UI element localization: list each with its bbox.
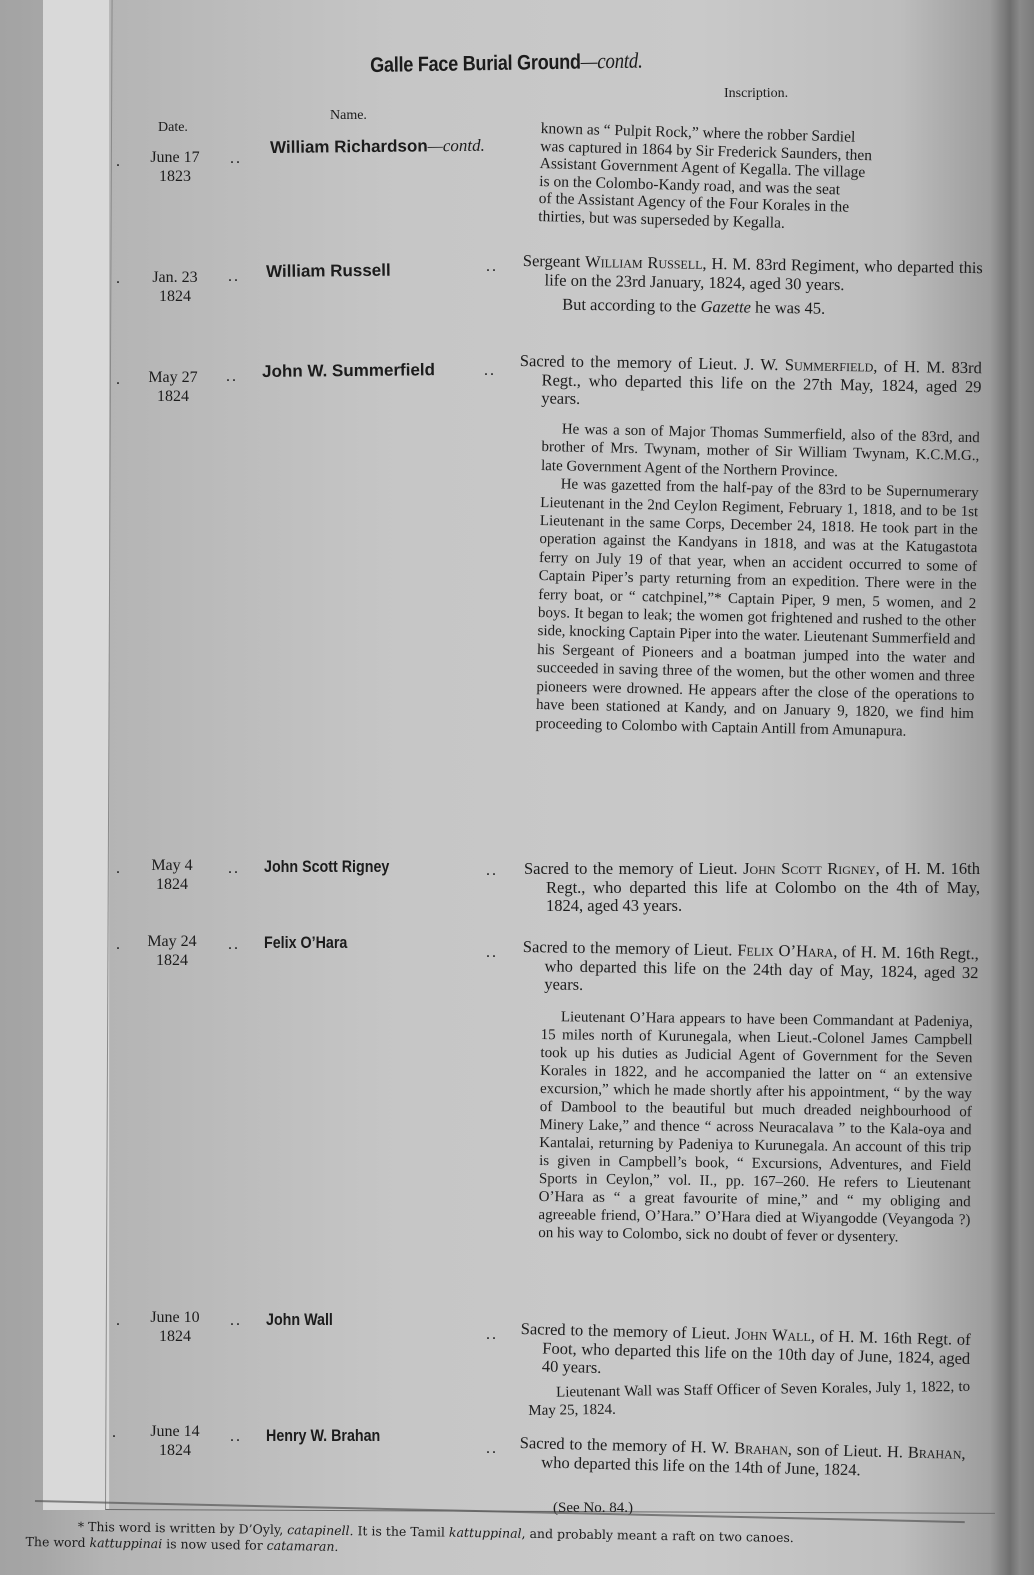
entry-bullet: . (116, 371, 120, 389)
date-year: 1824 (140, 1441, 210, 1460)
leader-dots: .. (486, 258, 498, 276)
note-pre: But according to the (562, 295, 701, 316)
entry-bullet: . (116, 860, 120, 878)
date-year: 1824 (140, 287, 210, 306)
fn-italic: catapinell. (287, 1522, 354, 1538)
leader-dots: .. (486, 862, 498, 880)
page-edge-strip (43, 0, 110, 1510)
entry-name: John W. Summerfield (262, 360, 435, 382)
entry-notes: He was a son of Major Thomas Summerfield… (535, 420, 979, 742)
entry-bullet: . (116, 936, 120, 954)
leader-dots: .. (486, 1326, 498, 1344)
inscription-text: Sacred to the memory of Lieut. John Wall… (520, 1320, 971, 1386)
entry-name: Henry W. Brahan (266, 1426, 380, 1446)
entry-notes: Lieutenant O’Hara appears to have been C… (538, 1008, 973, 1247)
date-year: 1824 (137, 875, 207, 894)
date-day: June 17 (140, 148, 210, 167)
entry-bullet: . (116, 270, 120, 288)
fn-italic: kattuppinal (449, 1525, 522, 1541)
fn-italic: catamaran. (267, 1538, 339, 1554)
leader-dots: .. (484, 362, 496, 380)
inscription-text: Sergeant William Russell, H. M. 83rd Reg… (522, 252, 983, 296)
entry-name: John Scott Rigney (264, 857, 389, 877)
date-day: June 10 (140, 1308, 210, 1327)
date-year: 1824 (137, 951, 207, 970)
entry-date: June 14 1824 (140, 1422, 210, 1460)
date-day: Jan. 23 (140, 268, 210, 287)
date-year: 1824 (138, 387, 208, 406)
inscription-smallcaps: Brahan (734, 1438, 788, 1458)
inscription-pre: Sergeant (523, 251, 586, 271)
name-suffix: —contd. (428, 136, 485, 156)
leader-dots: .. (486, 944, 498, 962)
inscription-pre: Sacred to the memory of Lieut. (524, 859, 743, 878)
fn-text: The word (26, 1534, 90, 1550)
inscription-text: Sacred to the memory of Lieut. John Scot… (524, 860, 980, 916)
column-header-date: Date. (158, 120, 188, 136)
entry-inscription: Sacred to the memory of Lieut. J. W. Sum… (519, 352, 982, 415)
leader-dots: .. (230, 150, 242, 168)
entry-name: John Wall (266, 1310, 333, 1330)
entry-date: June 17 1823 (140, 148, 210, 186)
entry-name: Felix O’Hara (264, 933, 347, 953)
note-paragraph: He was gazetted from the half-pay of the… (535, 475, 978, 742)
column-header-name: Name. (330, 108, 367, 124)
leader-dots: .. (486, 1440, 498, 1458)
note-paragraph: Lieutenant O’Hara appears to have been C… (538, 1008, 973, 1247)
entry-date: May 27 1824 (138, 368, 208, 406)
entry-inscription: known as “ Pulpit Rock,” where the robbe… (538, 120, 981, 237)
entry-date: May 24 1824 (137, 932, 207, 970)
fn-text: is now used for (162, 1536, 267, 1553)
entry-bullet: . (116, 153, 120, 171)
entry-inscription: Sacred to the memory of Lieut. John Wall… (520, 1320, 971, 1386)
leader-dots: .. (230, 1312, 242, 1330)
entry-name: William Russell (266, 261, 391, 282)
inscription-smallcaps: Summerfield (785, 355, 874, 375)
date-year: 1824 (140, 1327, 210, 1346)
fn-text: It is the Tamil (353, 1523, 449, 1539)
inscription-smallcaps: William Russell (585, 252, 703, 273)
entry-inscription: Sacred to the memory of Lieut. John Scot… (524, 860, 980, 916)
page-title: Galle Face Burial Ground—contd. (370, 48, 643, 78)
inscription-text: Sacred to the memory of Lieut. Felix O’H… (522, 938, 979, 1001)
entry-note: Lieutenant Wall was Staff Officer of Sev… (528, 1378, 970, 1421)
title-text: Galle Face Burial Ground (370, 51, 581, 77)
date-day: May 24 (137, 932, 207, 951)
inscription-smallcaps: John Wall (735, 1324, 811, 1345)
leader-dots: .. (228, 936, 240, 954)
entry-inscription: Sergeant William Russell, H. M. 83rd Reg… (522, 252, 983, 321)
inscription-text: Sacred to the memory of Lieut. J. W. Sum… (519, 352, 982, 415)
inscription-smallcaps: John Scott Rigney (743, 859, 875, 878)
fn-text: , and probably meant a raft on two canoe… (521, 1526, 793, 1545)
entry-bullet: . (116, 1312, 120, 1330)
column-header-inscription: Inscription. (724, 86, 788, 102)
note-italic: Gazette (700, 297, 751, 317)
inscription-smallcaps: Brahan (908, 1442, 962, 1462)
date-day: May 27 (138, 368, 208, 387)
leader-dots: .. (228, 860, 240, 878)
title-suffix: —contd. (581, 48, 643, 74)
entry-inscription: Sacred to the memory of Lieut. Felix O’H… (522, 938, 979, 1001)
date-year: 1823 (140, 167, 210, 186)
leader-dots: .. (226, 368, 238, 386)
date-day: May 4 (137, 856, 207, 875)
date-day: June 14 (140, 1422, 210, 1441)
note-post: he was 45. (751, 298, 826, 318)
note-paragraph: He was a son of Major Thomas Summerfield… (541, 420, 980, 484)
name-text: William Richardson (270, 136, 428, 157)
inscription-smallcaps: Felix O’Hara (737, 940, 833, 961)
entry-date: June 10 1824 (140, 1308, 210, 1346)
entry-date: Jan. 23 1824 (140, 268, 210, 306)
entry-bullet: . (112, 1424, 116, 1442)
leader-dots: .. (230, 1428, 242, 1446)
entry-name: William Richardson—contd. (270, 136, 485, 158)
entry-date: May 4 1824 (137, 856, 207, 894)
leader-dots: .. (228, 268, 240, 286)
fn-italic: kattuppinai (89, 1535, 162, 1551)
